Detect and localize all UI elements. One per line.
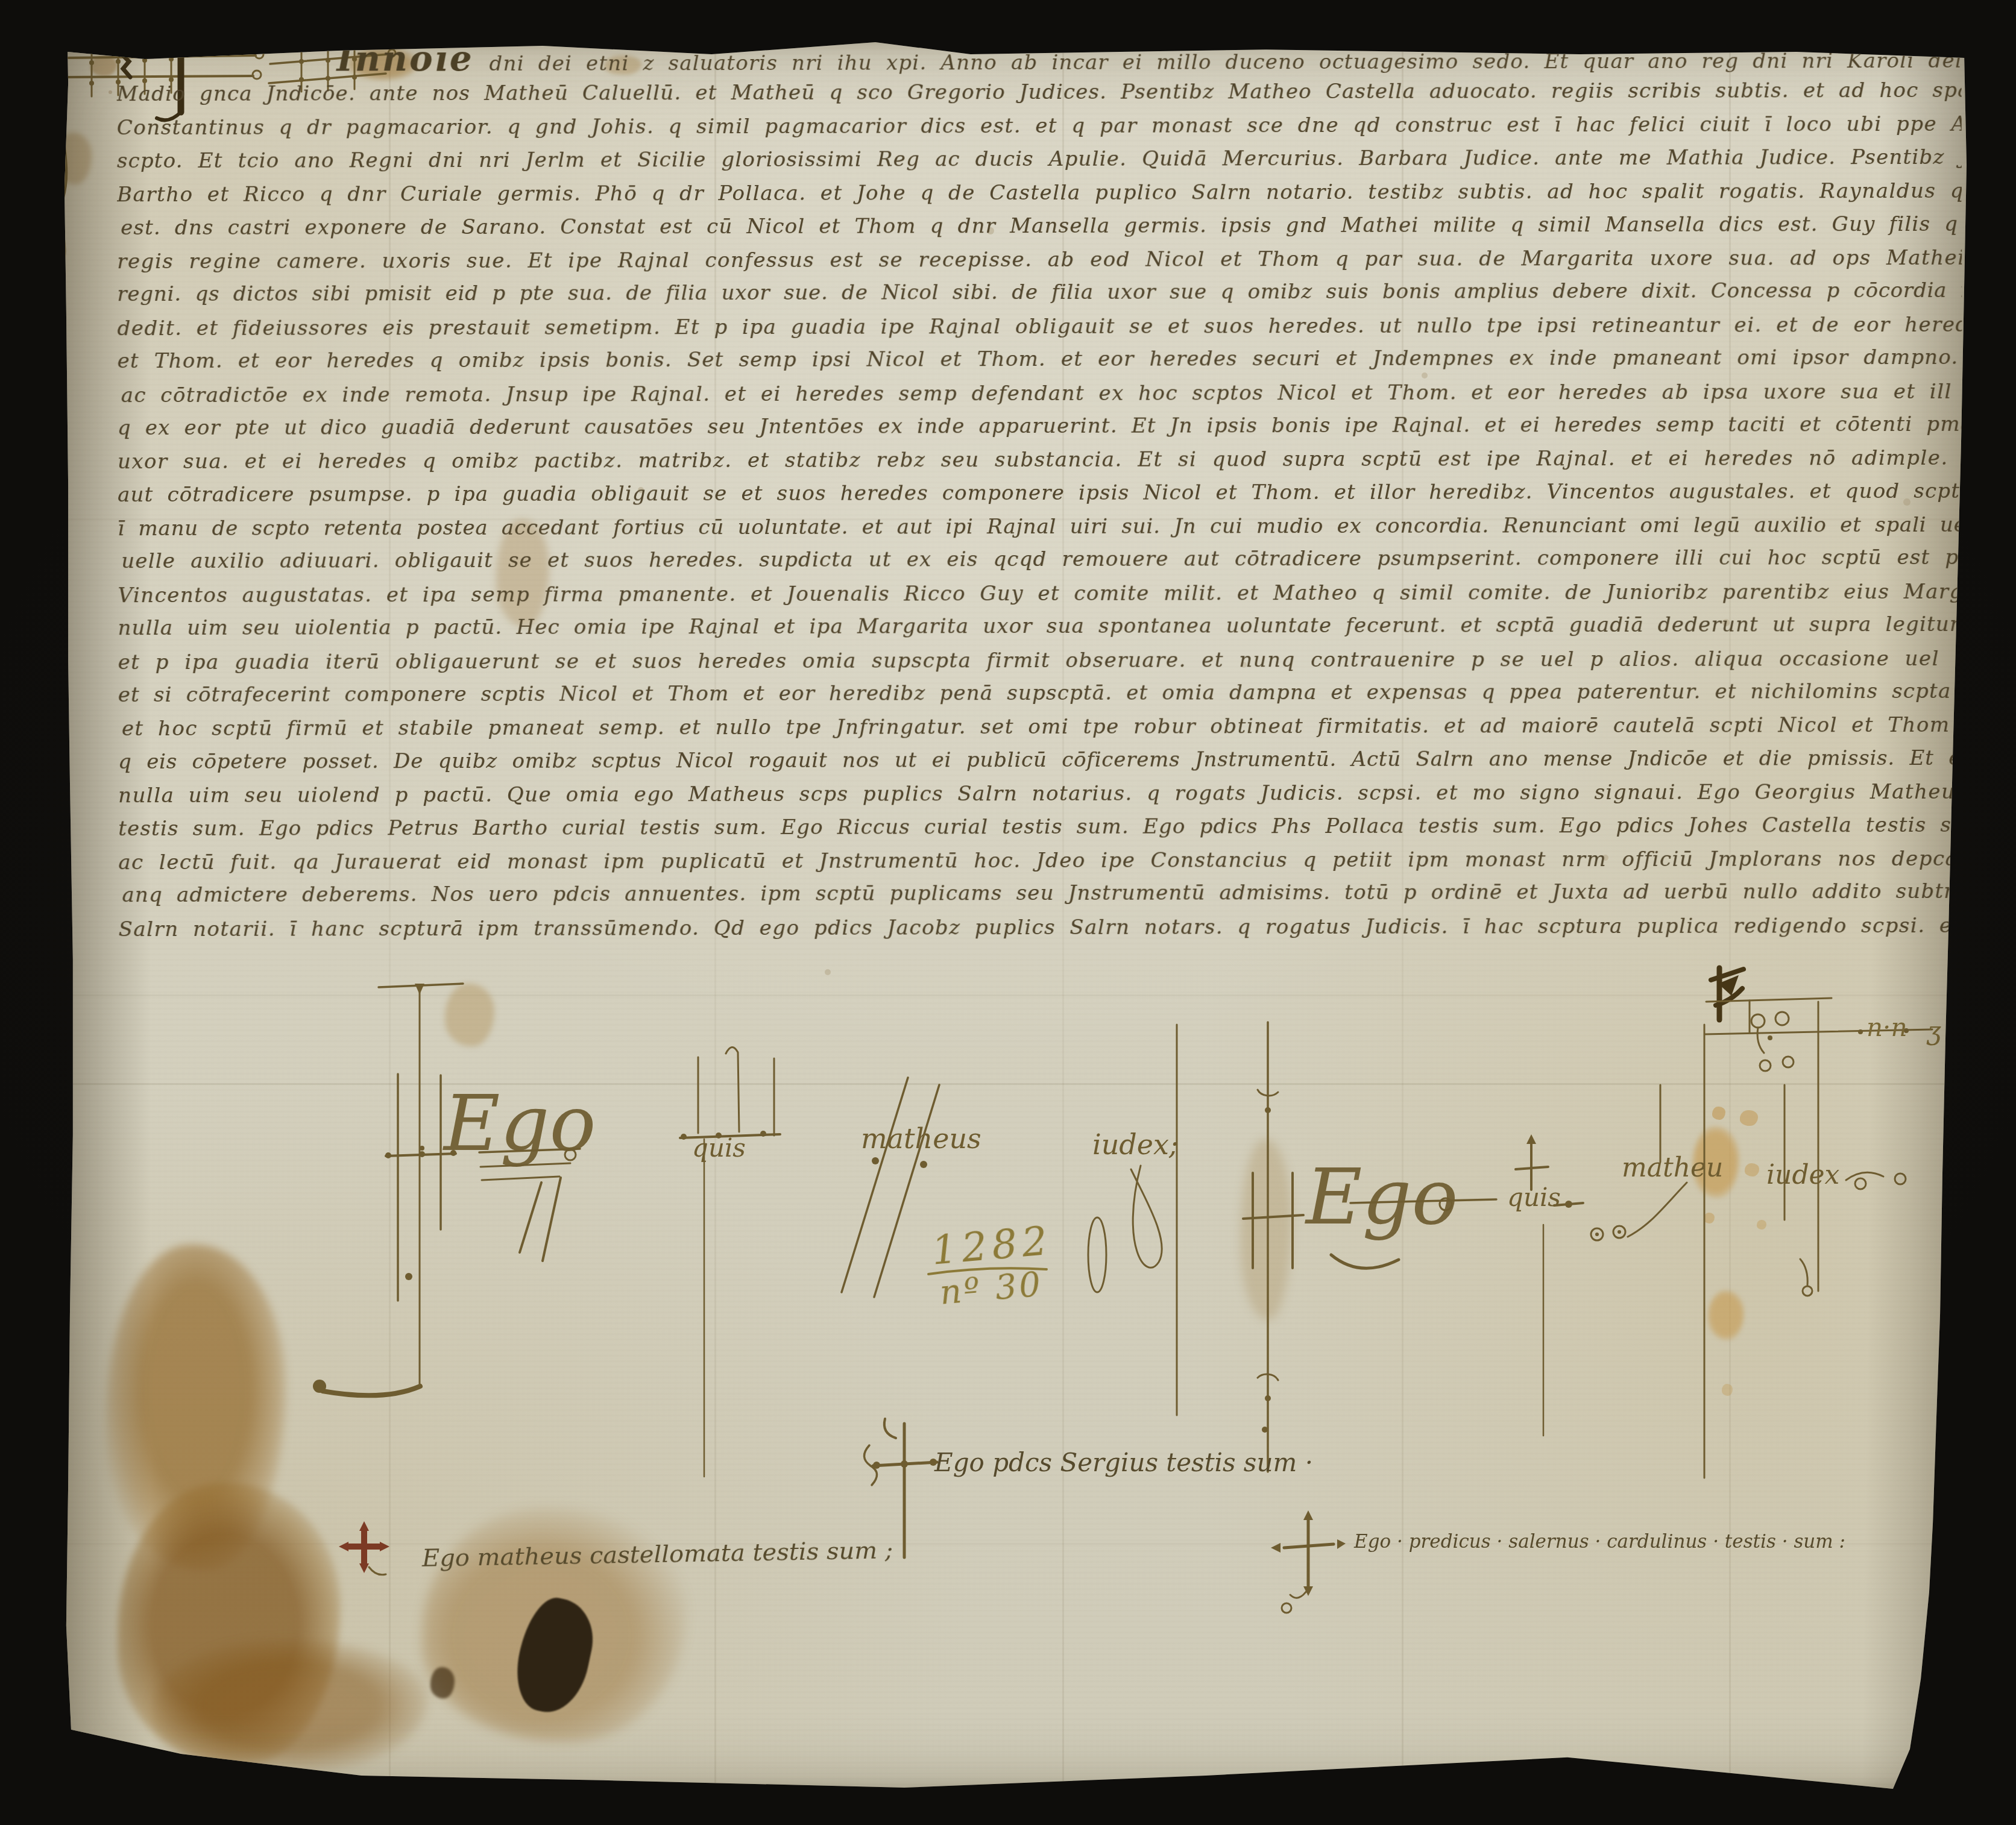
left-edge-fold-shadow xyxy=(60,42,151,1789)
parchment-edge-shading xyxy=(39,42,1986,1789)
photo-background: Innoīedni dei etni z saluatoris nri ihu … xyxy=(0,0,2016,1825)
photograph: { "photograph": { "background_color": "#… xyxy=(0,0,2016,1825)
right-edge-fold-shadow xyxy=(1862,42,1989,1789)
parchment-sheet: Innoīedni dei etni z saluatoris nri ihu … xyxy=(39,42,1986,1789)
